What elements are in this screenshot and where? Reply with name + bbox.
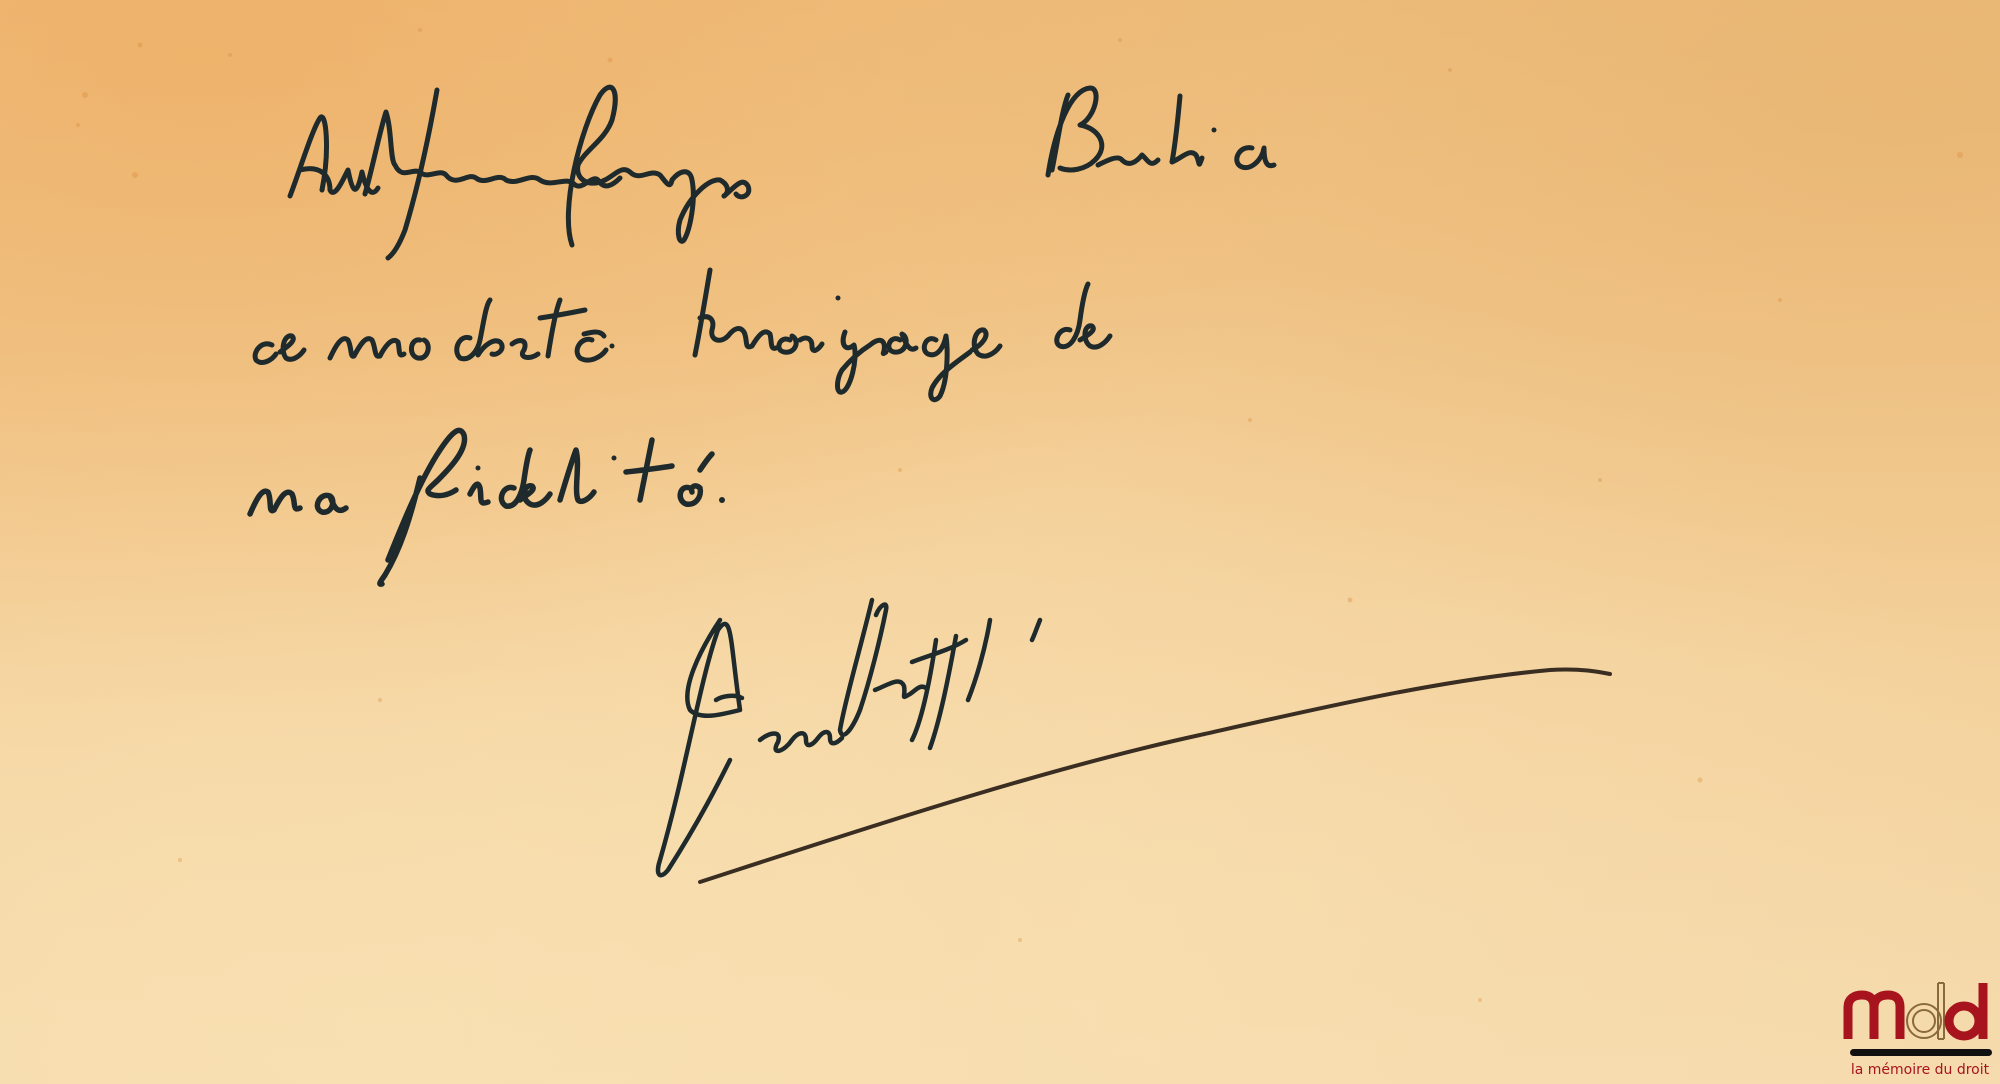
line-2-strokes	[255, 270, 1110, 400]
logo-tagline: la mémoire du droit	[1842, 1062, 1992, 1078]
mdd-logo: la mémoire du droit mdd	[1842, 981, 1992, 1078]
mdd-logo-mark	[1842, 981, 1992, 1043]
line-1-strokes	[290, 87, 1274, 258]
signature-underline	[700, 669, 1610, 882]
line-3-strokes	[250, 430, 725, 584]
handwriting-strokes	[0, 0, 2000, 1084]
logo-divider-bar	[1850, 1049, 1992, 1056]
handwritten-dedication: Au Professeur Georges Berlia ce modeste …	[0, 0, 2000, 1084]
